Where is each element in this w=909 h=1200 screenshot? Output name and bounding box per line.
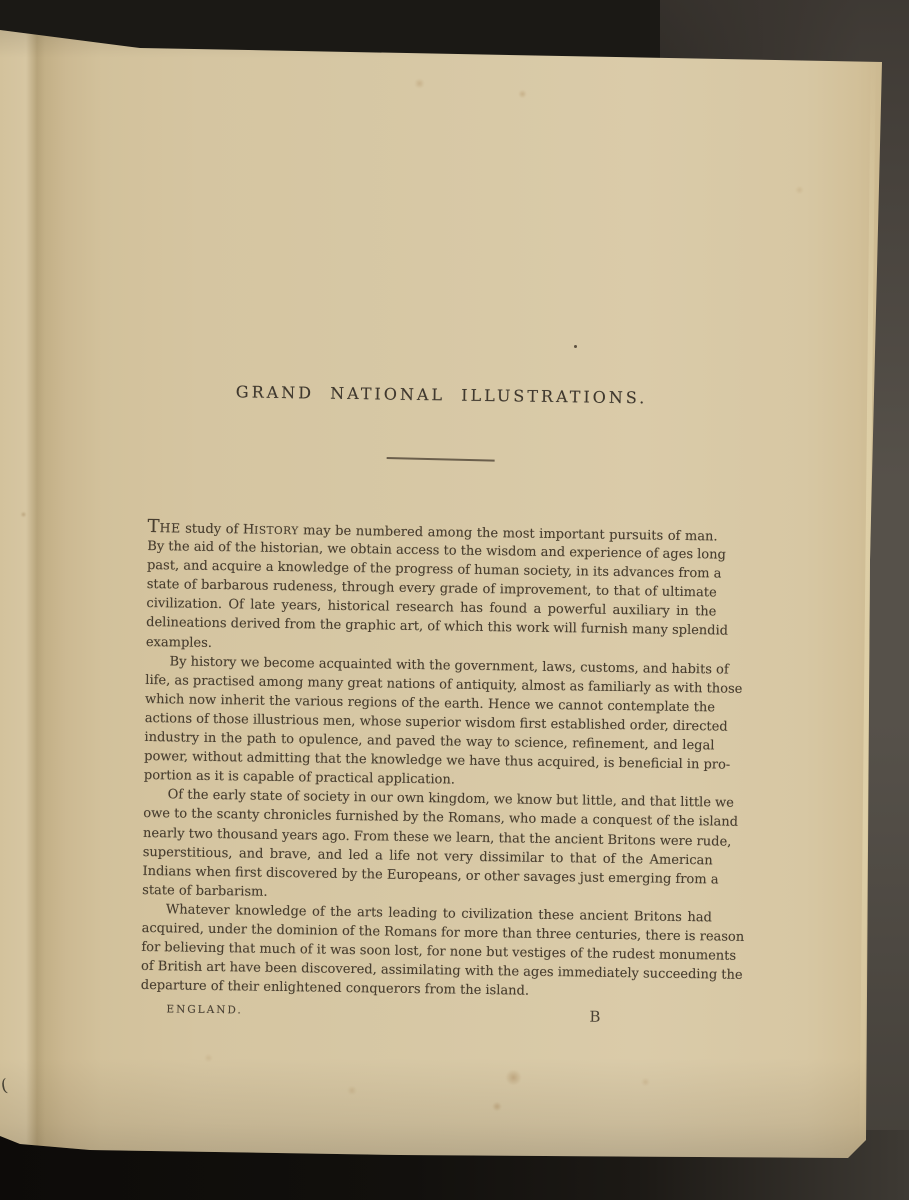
printed-text-block: GRAND NATIONAL ILLUSTRATIONS. THE study …: [140, 366, 720, 1032]
opening-initial: T: [147, 516, 159, 537]
opening-caps: HE: [160, 520, 181, 535]
opening-mid: study of: [181, 521, 243, 537]
title-divider: [387, 457, 495, 462]
foxing-spot: [347, 1086, 357, 1095]
foxing-spot: [505, 1070, 522, 1085]
foxing-spot: [414, 79, 425, 88]
paragraph: Whatever knowledge of the arts leading t…: [141, 900, 712, 1004]
signature-england: ENGLAND.: [166, 1004, 243, 1017]
signature-mark-b: B: [589, 1008, 600, 1026]
foxing-spot: [204, 1054, 213, 1062]
body-text: THE study of HISTORY may be numbered amo…: [141, 518, 718, 1004]
history-smallcaps: ISTORY: [254, 525, 299, 538]
foxing-spot: [641, 1078, 650, 1086]
history-initial: H: [243, 522, 255, 537]
foxing-spot: [795, 186, 804, 194]
page-footer: ENGLAND. B: [140, 1001, 710, 1031]
foxing-spot: [518, 90, 527, 98]
foxing-spot: [492, 1102, 502, 1111]
pen-mark: (: [0, 1076, 9, 1097]
paragraph: By history we become acquainted with the…: [144, 652, 716, 794]
book-page: ( GRAND NATIONAL ILLUSTRATIONS. THE stud…: [0, 28, 886, 1162]
paragraph-lines: By the aid of the historian, we obtain a…: [146, 537, 718, 660]
foxing-spot: [20, 512, 27, 517]
paragraph: Of the early state of society in our own…: [142, 785, 714, 908]
paragraph: THE study of HISTORY may be numbered amo…: [146, 518, 718, 660]
page-title: GRAND NATIONAL ILLUSTRATIONS.: [156, 380, 726, 410]
ink-speck: [574, 345, 577, 348]
photo-of-book-page: { "theme": { "page_color": "#d6c6a2", "b…: [0, 0, 909, 1200]
